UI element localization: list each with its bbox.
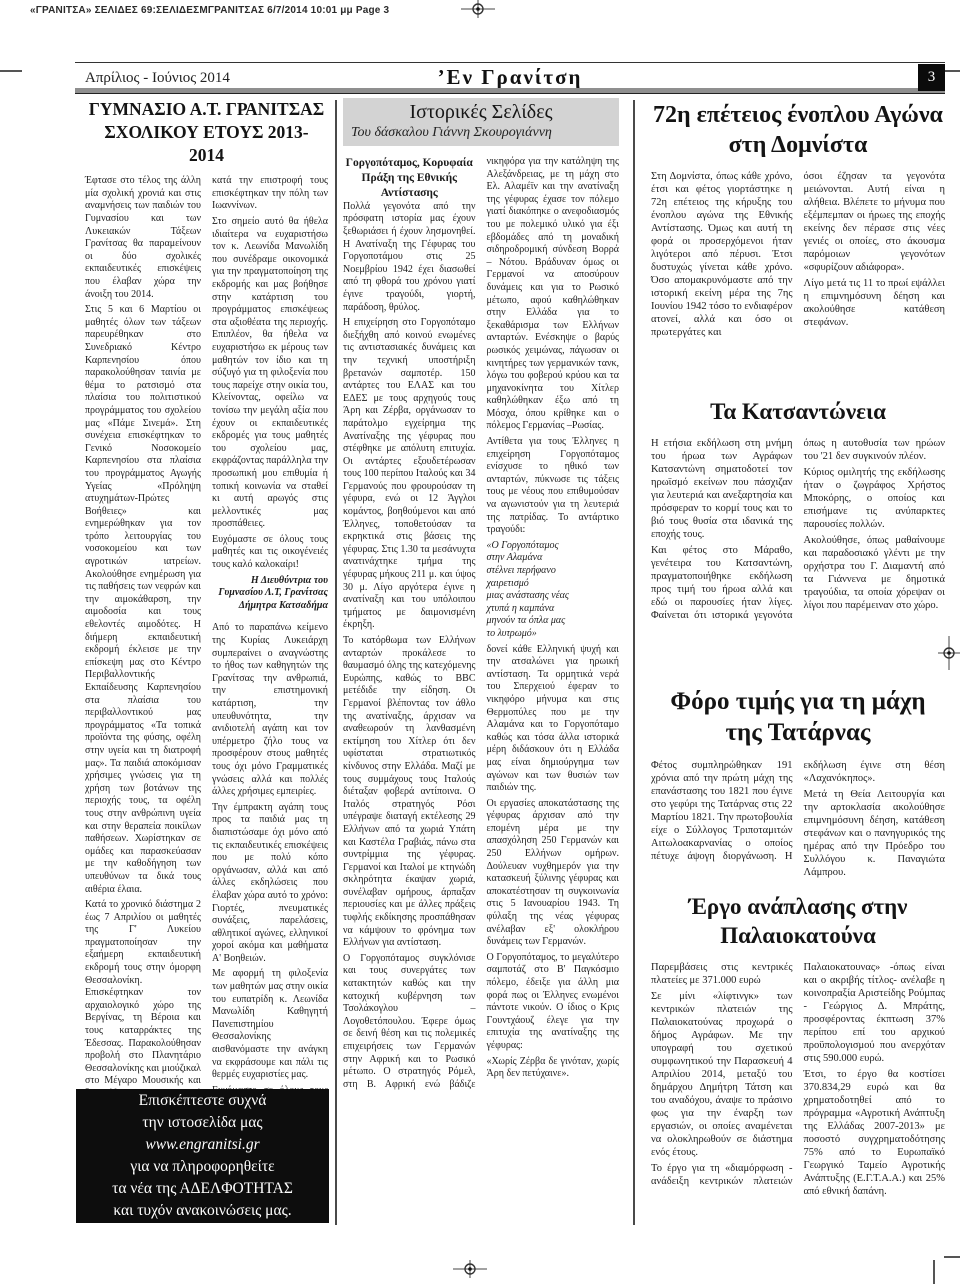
promo-line: Επισκέπτεστε συχνά	[76, 1090, 329, 1112]
paragraph: Η ετήσια εκδήλωση στη μνήμη του ήρωα των…	[651, 437, 793, 541]
article-anaplasi-title: Έργο ανάπλασης στην Παλαιοκατούνα	[651, 893, 945, 951]
newspaper-title: ’Εν Γρανίτση	[75, 65, 945, 90]
paragraph: Με αφορμή τη φιλοξενία των μαθητών μας σ…	[212, 968, 328, 1081]
istorikes-header-box: Ιστορικές Σελίδες Του δάσκαλου Γιάννη Σκ…	[343, 98, 619, 146]
promo-line: και τυχόν ανακοινώσεις μας.	[76, 1200, 329, 1222]
paragraph: Την έμπρακτη αγάπη τους προς τα παιδιά μ…	[212, 802, 328, 966]
paragraph: Έτσι, το έργο θα κοστίσει 370.834,29 ευρ…	[804, 1068, 946, 1198]
registration-mark-icon	[461, 0, 495, 18]
article-tatarna: Φόρο τιμής για τη μάχη της Τατάρνας Φέτο…	[651, 686, 945, 879]
crop-mark	[933, 1260, 935, 1284]
paragraph: Το κατόρθωμα των Ελλήνων ανταρτών προκάλ…	[343, 635, 476, 950]
crop-mark	[944, 1256, 960, 1258]
page-number-badge: 3	[918, 64, 945, 91]
paragraph: Λίγο μετά τις 11 το πρωί εψάλλει η επιμν…	[804, 277, 946, 329]
article-anaplasi-body: Παρεμβάσεις στις κεντρικές πλατείες με 3…	[651, 961, 945, 1198]
paragraph: Ακολούθησε, όπως μαθαίνουμε και παραδοσι…	[804, 534, 946, 612]
paragraph: Σε μίνι «λίφτινγκ» των κεντρικών πλατειώ…	[651, 990, 793, 1159]
registration-mark-icon	[938, 636, 960, 654]
paragraph: δονεί κάθε Ελληνική ψυχή και την ατσαλών…	[487, 644, 620, 795]
newspaper-page: «ΓΡΑΝΙΤΣΑ» ΣΕΛΙΔΕΣ 69:ΣΕΛΙΔΕΣΜΓΡΑΝΙΤΣΑΣ …	[0, 0, 960, 1284]
article-domnista-body: Στη Δομνίστα, όπως κάθε χρόνο, έτσι και …	[651, 170, 945, 339]
promo-line: για να πληροφορηθείτε	[76, 1156, 329, 1178]
paragraph: Στο σημείο αυτό θα ήθελα ιδιαίτερα να ευ…	[212, 216, 328, 531]
article-gymnasio-body: Έφτασε στο τέλος της άλλη μία σχολική χρ…	[85, 175, 328, 1189]
article-katsantoneia-body: Η ετήσια εκδήλωση στη μνήμη του ήρωα των…	[651, 437, 945, 622]
paragraph: Μετά τη Θεία Λειτουργία και την αρτοκλασ…	[804, 788, 946, 879]
article-domnista: 72η επέτειος ένοπλου Αγώνα στη Δομνίστα …	[651, 100, 945, 339]
paragraph: Κύριος ομιλητής της εκδήλωσης ήταν ο ζωγ…	[804, 466, 946, 531]
article-istorikes-body: Γοργοπόταμος, Κορυφαία Πράξη της Εθνικής…	[343, 156, 619, 1091]
istorikes-lead-heading: Γοργοπόταμος, Κορυφαία Πράξη της Εθνικής…	[343, 156, 476, 201]
article-anaplasi: Έργο ανάπλασης στην Παλαιοκατούνα Παρεμβ…	[651, 893, 945, 1198]
paragraph: Στις 5 και 6 Μαρτίου οι μαθητές όλων των…	[85, 304, 201, 896]
paragraph: Ο Γοργοπόταμος, το μεγαλύτερο σαμποτάζ σ…	[487, 952, 620, 1053]
promo-line: την ιστοσελίδα μας	[76, 1112, 329, 1134]
paragraph: «Χωρίς Ζέρβα δε γινόταν, χωρίς Άρη δεν π…	[487, 1056, 620, 1081]
istorikes-subtitle: Του δάσκαλου Γιάννη Σκουρογιάννη	[351, 125, 611, 141]
paragraph: Έφτασε στο τέλος της άλλη μία σχολική χρ…	[85, 175, 201, 301]
paragraph: Αντίθετα για τους Έλληνες η επιχείρηση Γ…	[487, 436, 620, 537]
print-slug-line: «ΓΡΑΝΙΤΣΑ» ΣΕΛΙΔΕΣ 69:ΣΕΛΙΔΕΣΜΓΡΑΝΙΤΣΑΣ …	[30, 5, 389, 16]
paragraph: Στη Δομνίστα, όπως κάθε χρόνο, έτσι και …	[651, 170, 793, 339]
column-divider	[335, 100, 337, 1225]
article-gymnasio-title: ΓΥΜΝΑΣΙΟ Α.Τ. ΓΡΑΝΙΤΣΑΣ ΣΧΟΛΙΚΟΥ ΕΤΟΥΣ 2…	[85, 98, 328, 166]
partisan-song-poem: «Ο Γοργοπόταμος στην Αλαμάνα στέλνει περ…	[487, 540, 620, 641]
paragraph: Πολλά γεγονότα από την πρόσφατη ιστορία …	[343, 201, 476, 314]
article-domnista-title: 72η επέτειος ένοπλου Αγώνα στη Δομνίστα	[651, 100, 945, 160]
paragraph: Παρεμβάσεις στις κεντρικές πλατείες με 3…	[651, 961, 793, 987]
article-istorikes: Ιστορικές Σελίδες Του δάσκαλου Γιάννη Σκ…	[343, 98, 619, 1091]
registration-mark-icon	[453, 1260, 487, 1278]
column-divider	[633, 100, 635, 1225]
signature-director: Η Διευθύντρια του Γυμνασίου Λ.Τ, Γρανίτσ…	[212, 575, 328, 613]
istorikes-title: Ιστορικές Σελίδες	[351, 101, 611, 124]
article-tatarna-body: Φέτος συμπληρώθηκαν 191 χρόνια από την π…	[651, 759, 945, 879]
paragraph: Η επιχείρηση στο Γοργοπόταμο διεξήχθη απ…	[343, 317, 476, 632]
paragraph: Ευχόμαστε σε όλους τους μαθητές και τις …	[212, 534, 328, 572]
masthead-rule	[75, 88, 945, 94]
article-tatarna-title: Φόρο τιμής για τη μάχη της Τατάρνας	[651, 686, 945, 749]
article-katsantoneia-title: Τα Κατσαντώνεια	[651, 398, 945, 427]
masthead-band: Απρίλιος - Ιούνιος 2014 ’Εν Γρανίτση 3	[75, 62, 945, 91]
paragraph: Από το παραπάνω κείμενο της Κυρίας Λυκει…	[212, 622, 328, 798]
article-katsantoneia: Τα Κατσαντώνεια Η ετήσια εκδήλωση στη μν…	[651, 398, 945, 622]
paragraph: Οι εργασίες αποκατάστασης της γέφυρας άρ…	[487, 798, 620, 949]
website-url[interactable]: www.engranitsi.gr	[76, 1134, 329, 1156]
promo-line: τα νέα της ΑΔΕΛΦΟΤΗΤΑΣ	[76, 1178, 329, 1200]
article-gymnasio: ΓΥΜΝΑΣΙΟ Α.Τ. ΓΡΑΝΙΤΣΑΣ ΣΧΟΛΙΚΟΥ ΕΤΟΥΣ 2…	[85, 98, 328, 1189]
crop-mark	[0, 70, 22, 72]
paragraph: όσοι έζησαν τα γεγονότα μειώνονται. Αυτή…	[804, 170, 946, 274]
website-promo-box: Επισκέπτεστε συχνά την ιστοσελίδα μας ww…	[76, 1089, 329, 1223]
